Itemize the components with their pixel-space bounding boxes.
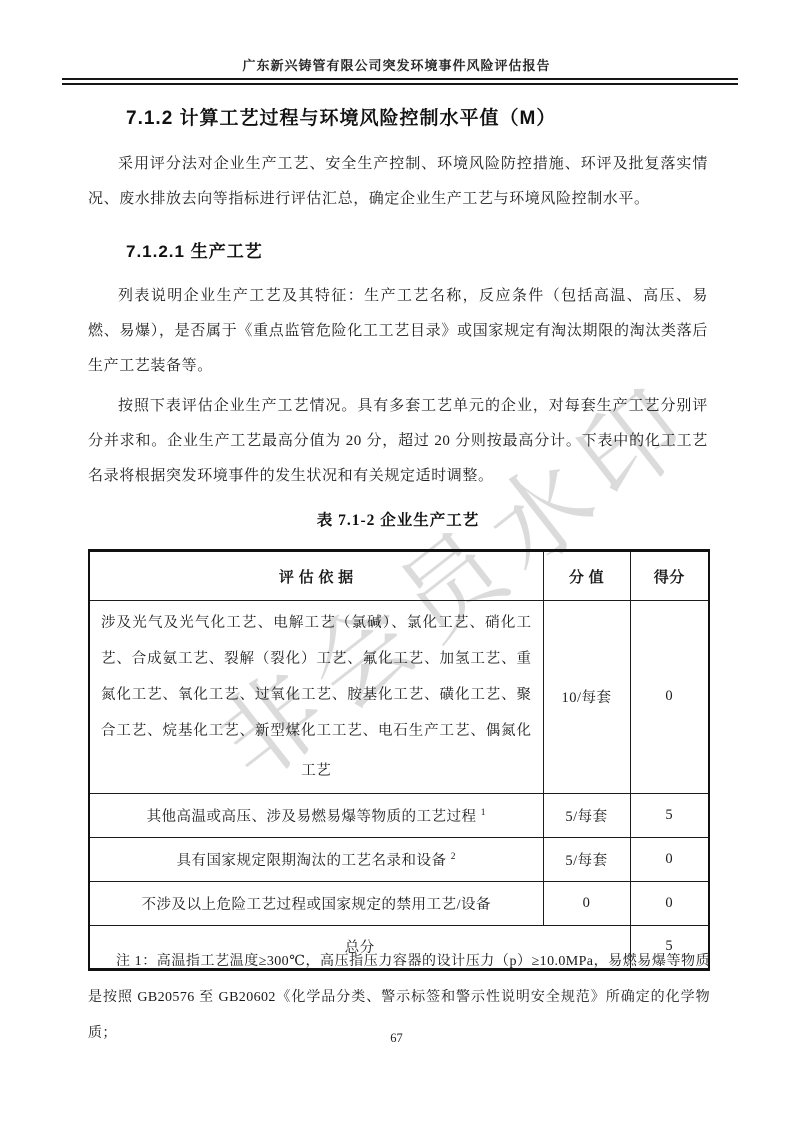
score-value-cell: 5/每套: [543, 837, 630, 881]
header-divider-rule: [62, 78, 738, 85]
basis-text: 涉及光气及光气化工艺、电解工艺（氯碱）、氯化工艺、硝化工艺、合成氨工艺、裂解（裂…: [101, 615, 532, 779]
basis-text: 具有国家规定限期淘汰的工艺名录和设备: [177, 853, 447, 869]
table-row: 不涉及以上危险工艺过程或国家规定的禁用工艺/设备 0 0: [89, 881, 709, 925]
assessment-basis-cell: 不涉及以上危险工艺过程或国家规定的禁用工艺/设备: [89, 881, 543, 925]
paragraph-method-overview: 采用评分法对企业生产工艺、安全生产控制、环境风险防控措施、环评及批复落实情况、废…: [88, 147, 708, 217]
table-row: 涉及光气及光气化工艺、电解工艺（氯碱）、氯化工艺、硝化工艺、合成氨工艺、裂解（裂…: [89, 601, 709, 794]
table-header-row: 评 估 依 据 分 值 得分: [89, 551, 709, 601]
table-caption: 表 7.1-2 企业生产工艺: [88, 508, 708, 530]
score-value-cell: 0: [543, 881, 630, 925]
obtained-score-cell: 0: [630, 601, 709, 794]
obtained-score-cell: 0: [630, 837, 709, 881]
header-score-value: 分 值: [543, 551, 630, 601]
obtained-score-cell: 5: [630, 793, 709, 837]
header-obtained-score: 得分: [630, 551, 709, 601]
header-assessment-basis: 评 估 依 据: [89, 551, 543, 601]
table-row: 其他高温或高压、涉及易燃易爆等物质的工艺过程 1 5/每套 5: [89, 793, 709, 837]
assessment-basis-cell: 涉及光气及光气化工艺、电解工艺（氯碱）、氯化工艺、硝化工艺、合成氨工艺、裂解（裂…: [89, 601, 543, 794]
obtained-score-cell: 0: [630, 881, 709, 925]
basis-footnote-ref: 1: [481, 808, 486, 818]
section-heading-712: 7.1.2 计算工艺过程与环境风险控制水平值（M）: [126, 103, 556, 130]
score-value-cell: 10/每套: [543, 601, 630, 794]
page-number: 67: [0, 1031, 793, 1046]
assessment-basis-cell: 具有国家规定限期淘汰的工艺名录和设备 2: [89, 837, 543, 881]
section-heading-7121: 7.1.2.1 生产工艺: [126, 237, 263, 262]
running-header-title: 广东新兴铸管有限公司突发环境事件风险评估报告: [0, 55, 793, 74]
paragraph-scoring-rules: 按照下表评估企业生产工艺情况。具有多套工艺单元的企业，对每套生产工艺分别评分并求…: [88, 389, 708, 494]
basis-text: 其他高温或高压、涉及易燃易爆等物质的工艺过程: [147, 809, 477, 825]
document-page: 非会员水印 广东新兴铸管有限公司突发环境事件风险评估报告 7.1.2 计算工艺过…: [0, 0, 793, 1122]
score-value-cell: 5/每套: [543, 793, 630, 837]
table-row: 具有国家规定限期淘汰的工艺名录和设备 2 5/每套 0: [89, 837, 709, 881]
basis-text: 不涉及以上危险工艺过程或国家规定的禁用工艺/设备: [141, 897, 491, 913]
production-process-score-table: 评 估 依 据 分 值 得分 涉及光气及光气化工艺、电解工艺（氯碱）、氯化工艺、…: [88, 549, 710, 971]
paragraph-process-description: 列表说明企业生产工艺及其特征：生产工艺名称，反应条件（包括高温、高压、易燃、易爆…: [88, 279, 708, 384]
basis-footnote-ref: 2: [451, 852, 456, 862]
assessment-basis-cell: 其他高温或高压、涉及易燃易爆等物质的工艺过程 1: [89, 793, 543, 837]
